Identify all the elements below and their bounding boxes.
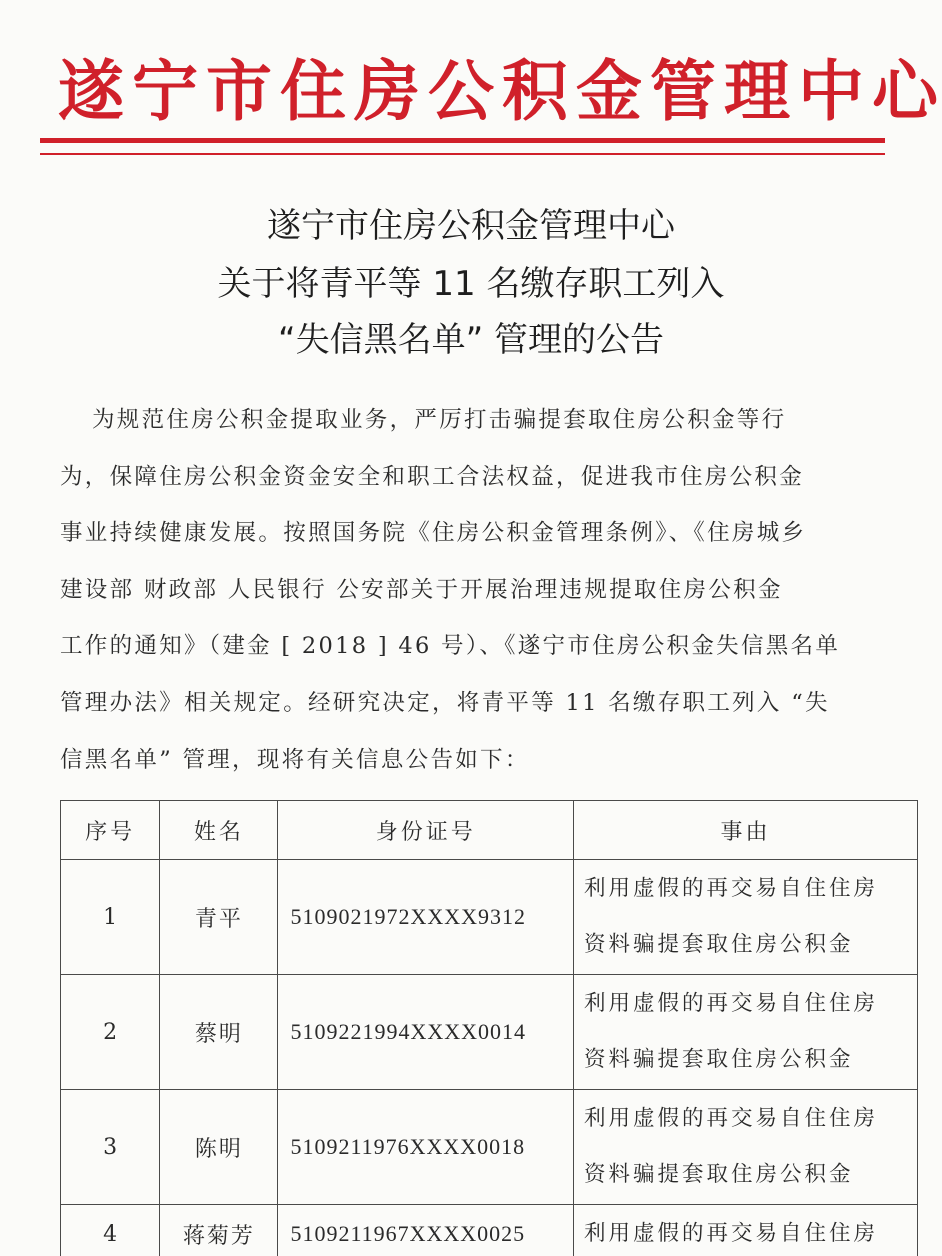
cell-seq: 3 bbox=[61, 1090, 160, 1205]
cell-reason: 利用虚假的再交易自住住房 资料骗提套取住房公积金 bbox=[574, 1090, 918, 1205]
masthead-divider-thick bbox=[40, 138, 885, 143]
body-line: 为，保障住房公积金资金安全和职工合法权益，促进我市住房公积金 bbox=[60, 449, 900, 506]
title-line-2: 关于将青平等 11 名缴存职工列入 bbox=[0, 254, 942, 314]
cell-id: 5109211976XXXX0018 bbox=[278, 1090, 574, 1205]
cell-name: 青平 bbox=[160, 860, 278, 975]
title-line-3: “失信黑名单” 管理的公告 bbox=[0, 310, 942, 370]
cell-name: 陈明 bbox=[160, 1090, 278, 1205]
reason-line: 利用虚假的再交易自住住房 bbox=[584, 861, 916, 917]
reason-line: 资料骗提套取住房公积金 bbox=[584, 1147, 916, 1203]
body-line: 工作的通知》（建金 [ 2018 ] 46 号）、《遂宁市住房公积金失信黑名单 bbox=[60, 618, 900, 675]
masthead-divider-thin bbox=[40, 153, 885, 155]
reason-line: 资料骗提套取住房公积金 bbox=[584, 1032, 916, 1088]
cell-id: 5109221994XXXX0014 bbox=[278, 975, 574, 1090]
cell-id: 5109211967XXXX0025 bbox=[278, 1205, 574, 1256]
cell-seq: 1 bbox=[61, 860, 160, 975]
body-line: 为规范住房公积金提取业务，严厉打击骗提套取住房公积金等行 bbox=[60, 392, 900, 449]
table-row: 4 蒋菊芳 5109211967XXXX0025 利用虚假的再交易自住住房 bbox=[61, 1205, 918, 1256]
reason-line: 资料骗提套取住房公积金 bbox=[584, 917, 916, 973]
cell-name: 蒋菊芳 bbox=[160, 1205, 278, 1256]
reason-line: 利用虚假的再交易自住住房 bbox=[584, 1206, 916, 1256]
cell-name: 蔡明 bbox=[160, 975, 278, 1090]
body-line: 事业持续健康发展。按照国务院《住房公积金管理条例》、《住房城乡 bbox=[60, 505, 900, 562]
body-line: 信黑名单” 管理，现将有关信息公告如下： bbox=[60, 732, 900, 789]
reason-line: 利用虚假的再交易自住住房 bbox=[584, 976, 916, 1032]
reason-line: 利用虚假的再交易自住住房 bbox=[584, 1091, 916, 1147]
cell-id: 5109021972XXXX9312 bbox=[278, 860, 574, 975]
title-line-1: 遂宁市住房公积金管理中心 bbox=[0, 196, 942, 256]
header-id: 身份证号 bbox=[278, 801, 574, 860]
header-reason: 事由 bbox=[574, 801, 918, 860]
cell-seq: 2 bbox=[61, 975, 160, 1090]
cell-reason: 利用虚假的再交易自住住房 bbox=[574, 1205, 918, 1256]
table-row: 3 陈明 5109211976XXXX0018 利用虚假的再交易自住住房 资料骗… bbox=[61, 1090, 918, 1205]
masthead-org-name: 遂宁市住房公积金管理中心 bbox=[58, 46, 878, 136]
cell-seq: 4 bbox=[61, 1205, 160, 1256]
header-seq: 序号 bbox=[61, 801, 160, 860]
cell-reason: 利用虚假的再交易自住住房 资料骗提套取住房公积金 bbox=[574, 860, 918, 975]
header-name: 姓名 bbox=[160, 801, 278, 860]
table-row: 2 蔡明 5109221994XXXX0014 利用虚假的再交易自住住房 资料骗… bbox=[61, 975, 918, 1090]
table-row: 1 青平 5109021972XXXX9312 利用虚假的再交易自住住房 资料骗… bbox=[61, 860, 918, 975]
body-line: 管理办法》相关规定。经研究决定，将青平等 11 名缴存职工列入 “失 bbox=[60, 675, 900, 732]
blacklist-table: 序号 姓名 身份证号 事由 1 青平 5109021972XXXX9312 利用… bbox=[60, 800, 918, 1256]
cell-reason: 利用虚假的再交易自住住房 资料骗提套取住房公积金 bbox=[574, 975, 918, 1090]
announcement-body: 为规范住房公积金提取业务，严厉打击骗提套取住房公积金等行 为，保障住房公积金资金… bbox=[60, 392, 900, 788]
body-line: 建设部 财政部 人民银行 公安部关于开展治理违规提取住房公积金 bbox=[60, 562, 900, 619]
table-header-row: 序号 姓名 身份证号 事由 bbox=[61, 801, 918, 860]
